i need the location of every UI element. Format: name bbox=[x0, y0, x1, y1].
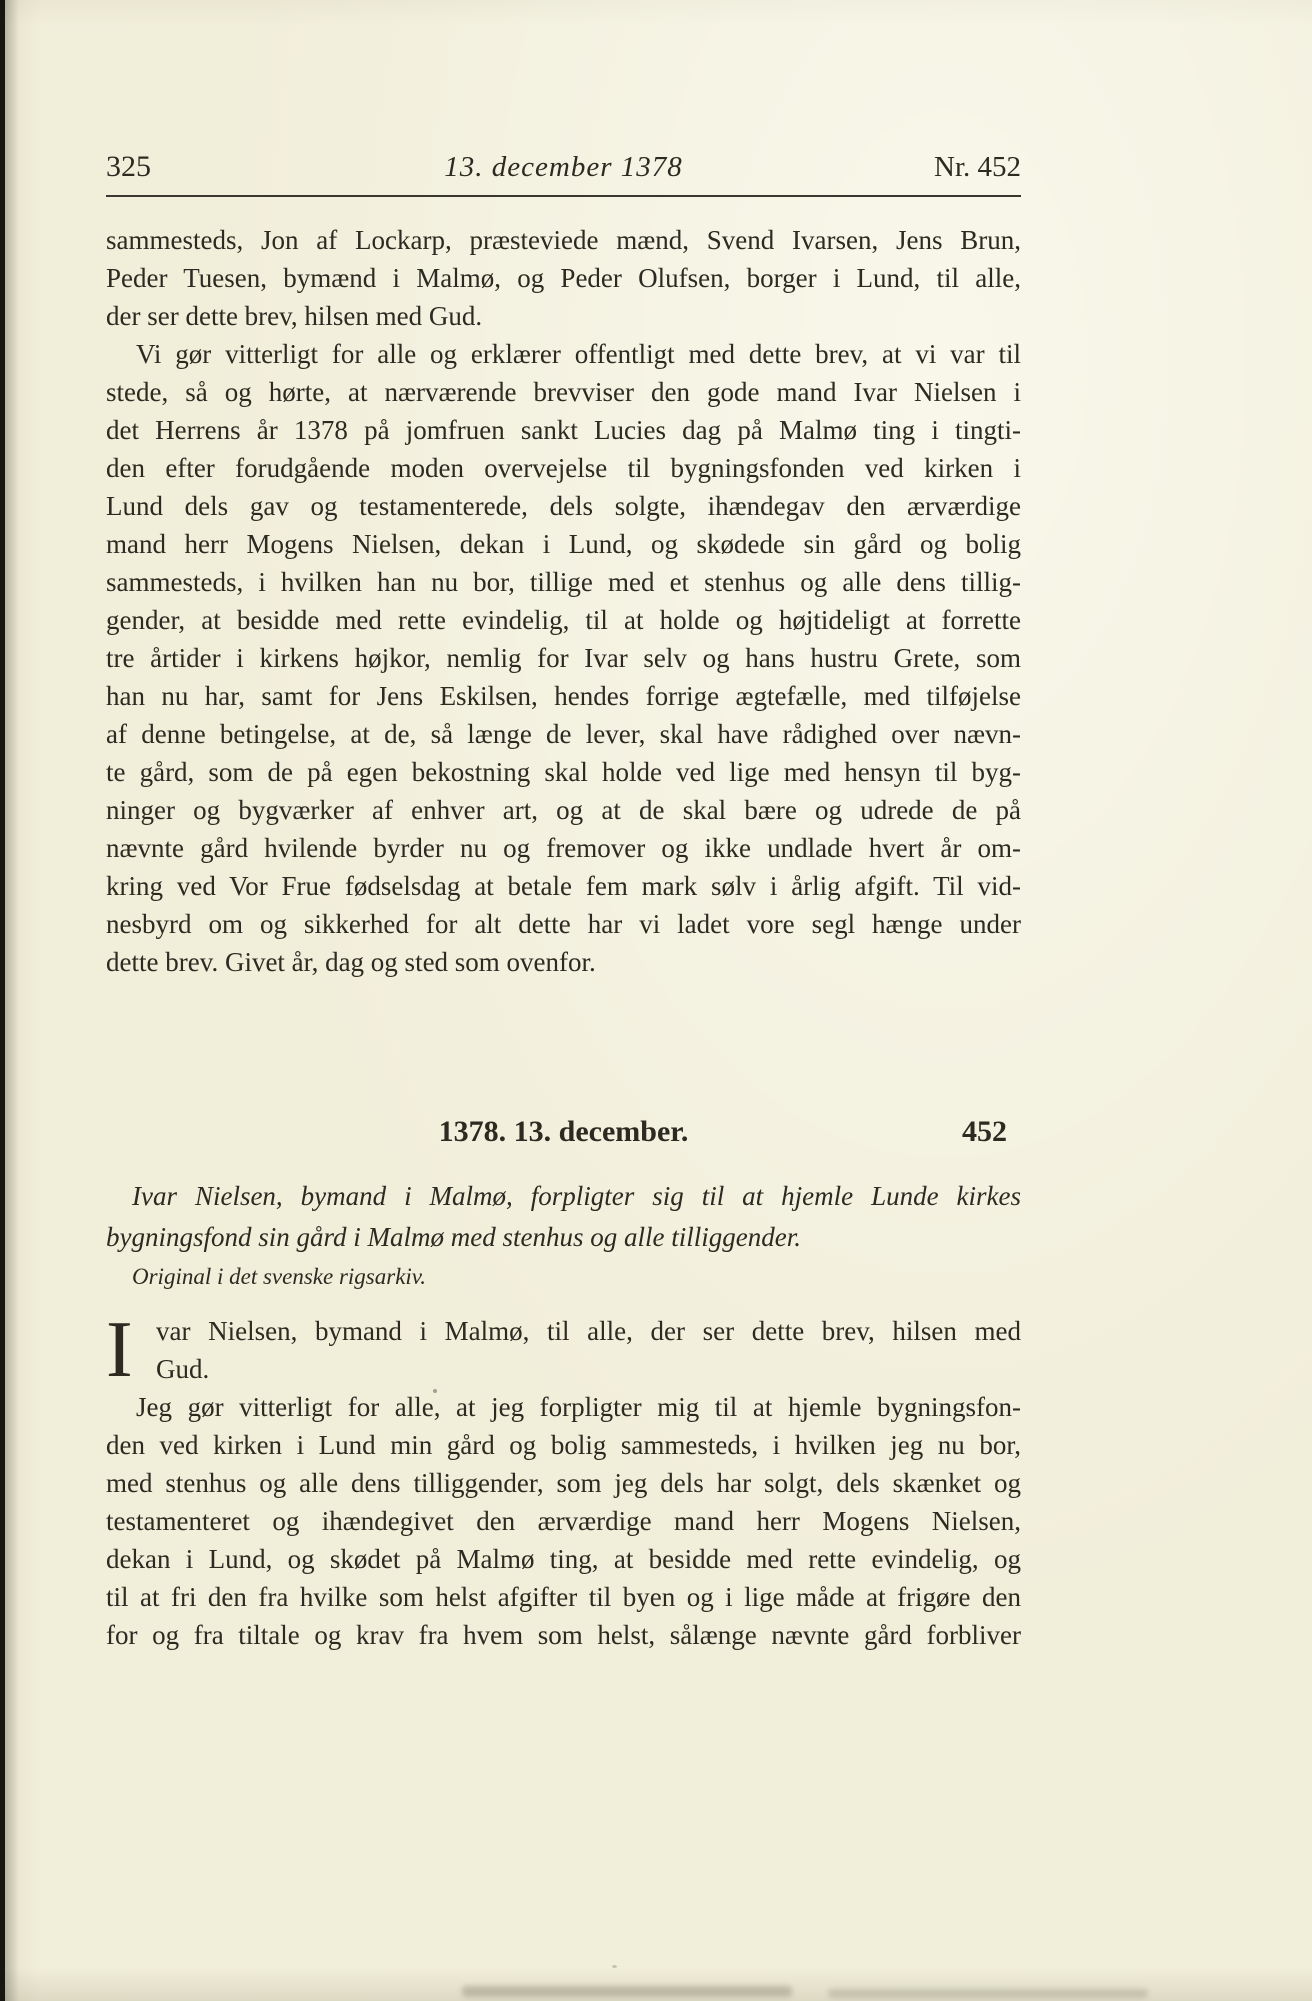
document-452-heading: 1378. 13. december. 452 bbox=[106, 1112, 1021, 1152]
text-line: sammesteds, i hvilken han nu bor, tillig… bbox=[106, 563, 1021, 601]
text-line: mand herr Mogens Nielsen, dekan i Lund, … bbox=[106, 525, 1021, 563]
document-number: 452 bbox=[962, 1112, 1007, 1152]
text-line: for og fra tiltale og krav fra hvem som … bbox=[106, 1616, 1021, 1654]
drop-cap-initial: I bbox=[106, 1315, 133, 1385]
text-line: ninger og bygværker af enhver art, og at… bbox=[106, 791, 1021, 829]
text-line: han nu har, samt for Jens Eskilsen, hend… bbox=[106, 677, 1021, 715]
text-line: var Nielsen, bymand i Malmø, til alle, d… bbox=[156, 1312, 1021, 1350]
text-line: af denne betingelse, at de, så længe de … bbox=[106, 715, 1021, 753]
bottom-smudge bbox=[828, 1989, 1148, 1998]
document-number-header: Nr. 452 bbox=[811, 151, 1021, 184]
document-452-text: I var Nielsen, bymand i Malmø, til alle,… bbox=[106, 1312, 1021, 1654]
corroboration-paragraph: Vi gør vitterligt for alle og erklærer o… bbox=[106, 335, 1021, 981]
text-line: Peder Tuesen, bymænd i Malmø, og Peder O… bbox=[106, 259, 1021, 297]
text-line: dekan i Lund, og skødet på Malmø ting, a… bbox=[106, 1540, 1021, 1578]
salutation-paragraph: I var Nielsen, bymand i Malmø, til alle,… bbox=[106, 1312, 1021, 1388]
text-line: med stenhus og alle dens tilliggender, s… bbox=[106, 1464, 1021, 1502]
text-line: Gud. bbox=[156, 1350, 1021, 1388]
scan-speck bbox=[612, 1965, 617, 1968]
text-line: den ved kirken i Lund min gård og bolig … bbox=[106, 1426, 1021, 1464]
text-line: nævnte gård hvilende byrder nu og fremov… bbox=[106, 829, 1021, 867]
text-line: nesbyrd om og sikkerhed for alt dette ha… bbox=[106, 905, 1021, 943]
text-line: stede, så og hørte, at nærværende brevvi… bbox=[106, 373, 1021, 411]
text-line: bygningsfond sin gård i Malmø med stenhu… bbox=[106, 1217, 1021, 1258]
text-line: der ser dette brev, hilsen med Gud. bbox=[106, 297, 1021, 335]
text-line: tre årtider i kirkens højkor, nemlig for… bbox=[106, 639, 1021, 677]
page-edge-fade bbox=[5, 0, 19, 2001]
text-line: dette brev. Givet år, dag og sted som ov… bbox=[106, 943, 1021, 981]
running-title: 13. december 1378 bbox=[316, 151, 811, 184]
page-header: 325 13. december 1378 Nr. 452 bbox=[106, 150, 1021, 184]
source-note: Original i det svenske rigsarkiv. bbox=[106, 1262, 1047, 1292]
text-line: det Herrens år 1378 på jomfruen sankt Lu… bbox=[106, 411, 1021, 449]
date-heading: 1378. 13. december. bbox=[106, 1112, 1021, 1152]
text-line: til at fri den fra hvilke som helst afgi… bbox=[106, 1578, 1021, 1616]
text-line: kring ved Vor Frue fødselsdag at betale … bbox=[106, 867, 1021, 905]
scan-speck bbox=[433, 1389, 437, 1393]
obligation-paragraph: Jeg gør vitterligt for alle, at jeg forp… bbox=[106, 1388, 1021, 1654]
bottom-smudge bbox=[462, 1986, 792, 1997]
text-line: Lund dels gav og testamenterede, dels so… bbox=[106, 487, 1021, 525]
salutation-lines: var Nielsen, bymand i Malmø, til alle, d… bbox=[156, 1312, 1021, 1388]
text-line: den efter forudgående moden overvejelse … bbox=[106, 449, 1021, 487]
summary: Ivar Nielsen, bymand i Malmø, forpligter… bbox=[106, 1176, 1021, 1258]
book-page: 325 13. december 1378 Nr. 452 sammesteds… bbox=[0, 0, 1312, 2001]
header-rule bbox=[106, 195, 1021, 197]
document-451-text: sammesteds, Jon af Lockarp, præsteviede … bbox=[106, 221, 1021, 981]
address-paragraph: sammesteds, Jon af Lockarp, præsteviede … bbox=[106, 221, 1021, 335]
text-line: Jeg gør vitterligt for alle, at jeg forp… bbox=[106, 1388, 1021, 1426]
text-line: sammesteds, Jon af Lockarp, præsteviede … bbox=[106, 221, 1021, 259]
text-line: gender, at besidde med rette evindelig, … bbox=[106, 601, 1021, 639]
page-number: 325 bbox=[106, 150, 316, 184]
text-line: Vi gør vitterligt for alle og erklærer o… bbox=[106, 335, 1021, 373]
text-line: testamenteret og ihændegivet den ærværdi… bbox=[106, 1502, 1021, 1540]
text-line: Ivar Nielsen, bymand i Malmø, forpligter… bbox=[106, 1176, 1021, 1217]
text-line: te gård, som de på egen bekostning skal … bbox=[106, 753, 1021, 791]
